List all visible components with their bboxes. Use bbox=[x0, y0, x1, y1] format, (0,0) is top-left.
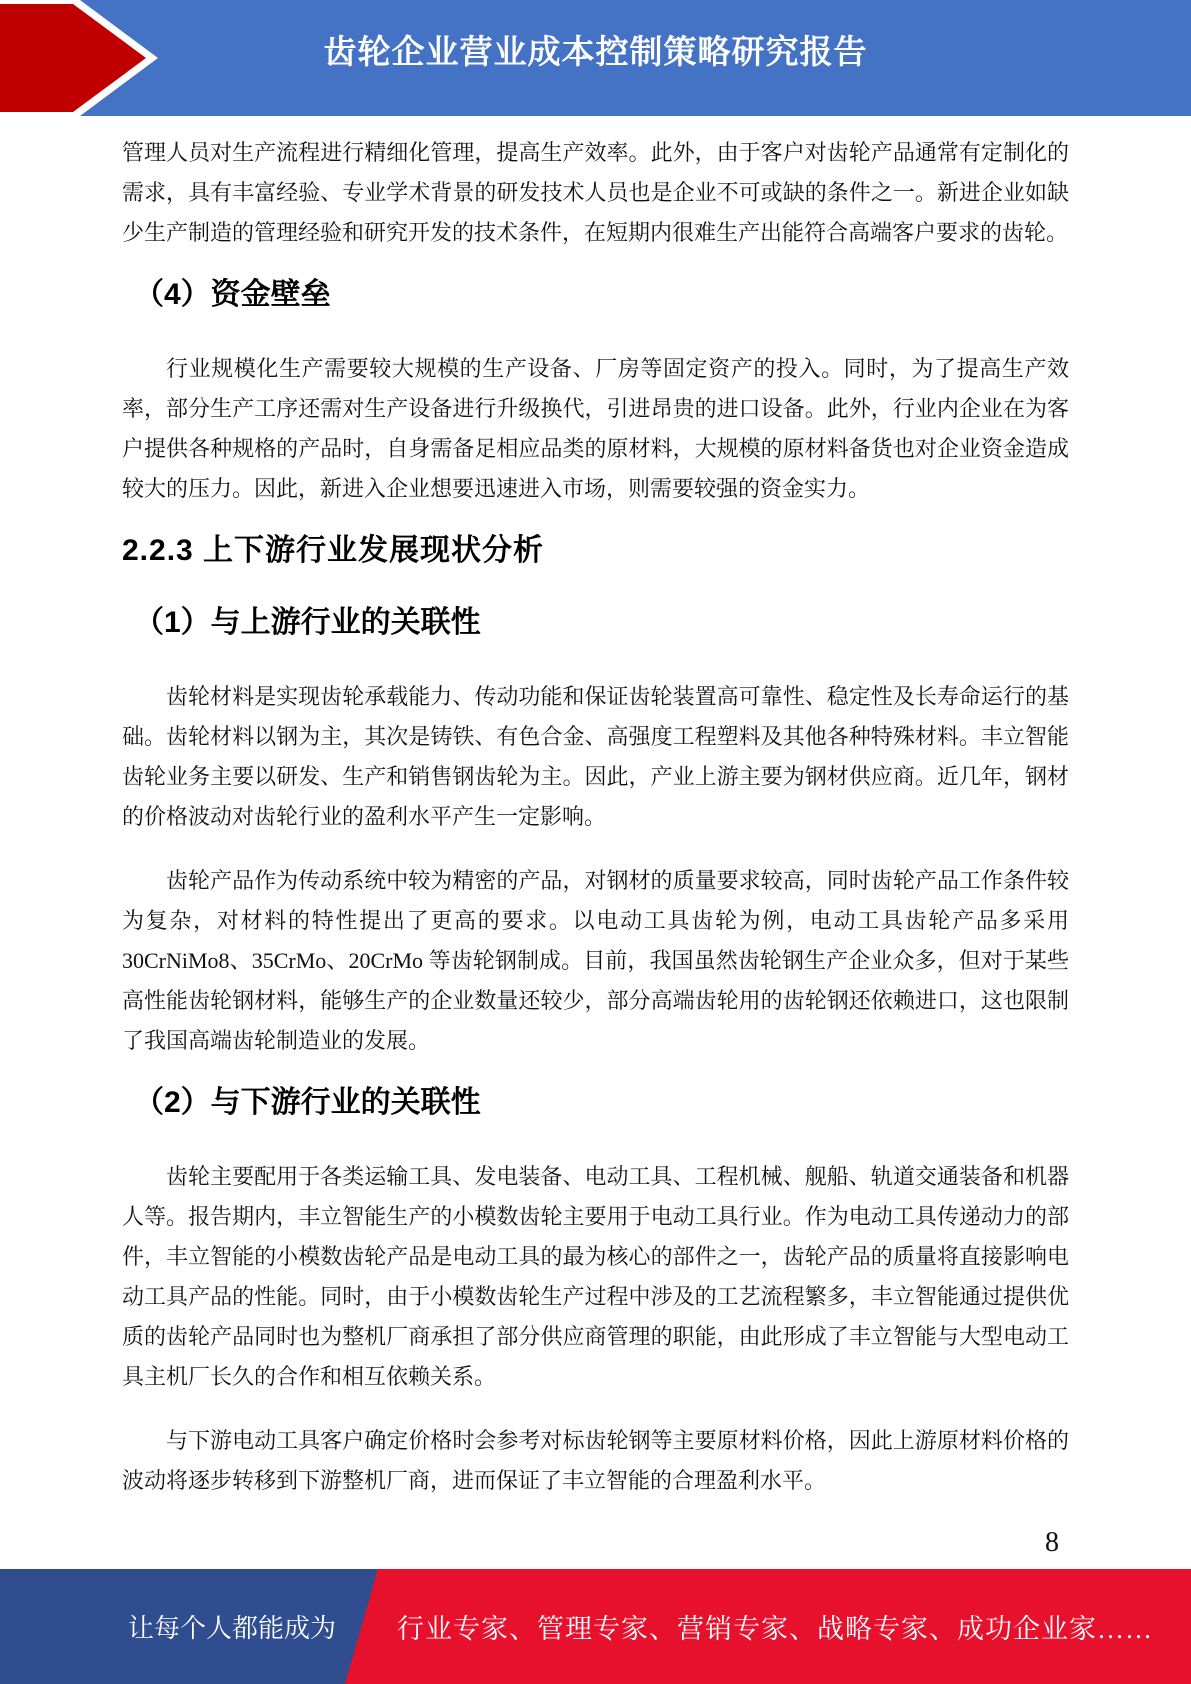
heading-upstream-relation: （1）与上游行业的关联性 bbox=[122, 605, 1069, 641]
document-body: 管理人员对生产流程进行精细化管理，提高生产效率。此外，由于客户对齿轮产品通常有定… bbox=[0, 116, 1191, 1569]
paragraph-upstream-1: 齿轮材料是实现齿轮承载能力、传动功能和保证齿轮装置高可靠性、稳定性及长寿命运行的… bbox=[122, 677, 1069, 837]
page-header: 齿轮企业营业成本控制策略研究报告 bbox=[0, 0, 1191, 116]
heading-section-2-2-3: 2.2.3 上下游行业发展现状分析 bbox=[122, 533, 1069, 569]
paragraph-capital-barrier: 行业规模化生产需要较大规模的生产设备、厂房等固定资产的投入。同时，为了提高生产效… bbox=[122, 349, 1069, 509]
paragraph-upstream-2: 齿轮产品作为传动系统中较为精密的产品，对钢材的质量要求较高，同时齿轮产品工作条件… bbox=[122, 861, 1069, 1061]
footer-slogan-left: 让每个人都能成为 bbox=[128, 1608, 336, 1645]
heading-downstream-relation: （2）与下游行业的关联性 bbox=[122, 1085, 1069, 1121]
footer-blue-band: 让每个人都能成为 bbox=[0, 1569, 380, 1684]
heading-capital-barrier: （4）资金壁垒 bbox=[122, 277, 1069, 313]
page-footer: 让每个人都能成为 行业专家、管理专家、营销专家、战略专家、成功企业家…… bbox=[0, 1569, 1191, 1684]
paragraph-entry-barrier-tech: 管理人员对生产流程进行精细化管理，提高生产效率。此外，由于客户对齿轮产品通常有定… bbox=[122, 133, 1069, 253]
paragraph-downstream-1: 齿轮主要配用于各类运输工具、发电装备、电动工具、工程机械、舰船、轨道交通装备和机… bbox=[122, 1157, 1069, 1397]
report-title: 齿轮企业营业成本控制策略研究报告 bbox=[0, 0, 1191, 98]
paragraph-downstream-2: 与下游电动工具客户确定价格时会参考对标齿轮钢等主要原材料价格，因此上游原材料价格… bbox=[122, 1421, 1069, 1501]
footer-slogan-right: 行业专家、管理专家、营销专家、战略专家、成功企业家…… bbox=[397, 1569, 1153, 1684]
page-number: 8 bbox=[122, 1525, 1059, 1561]
